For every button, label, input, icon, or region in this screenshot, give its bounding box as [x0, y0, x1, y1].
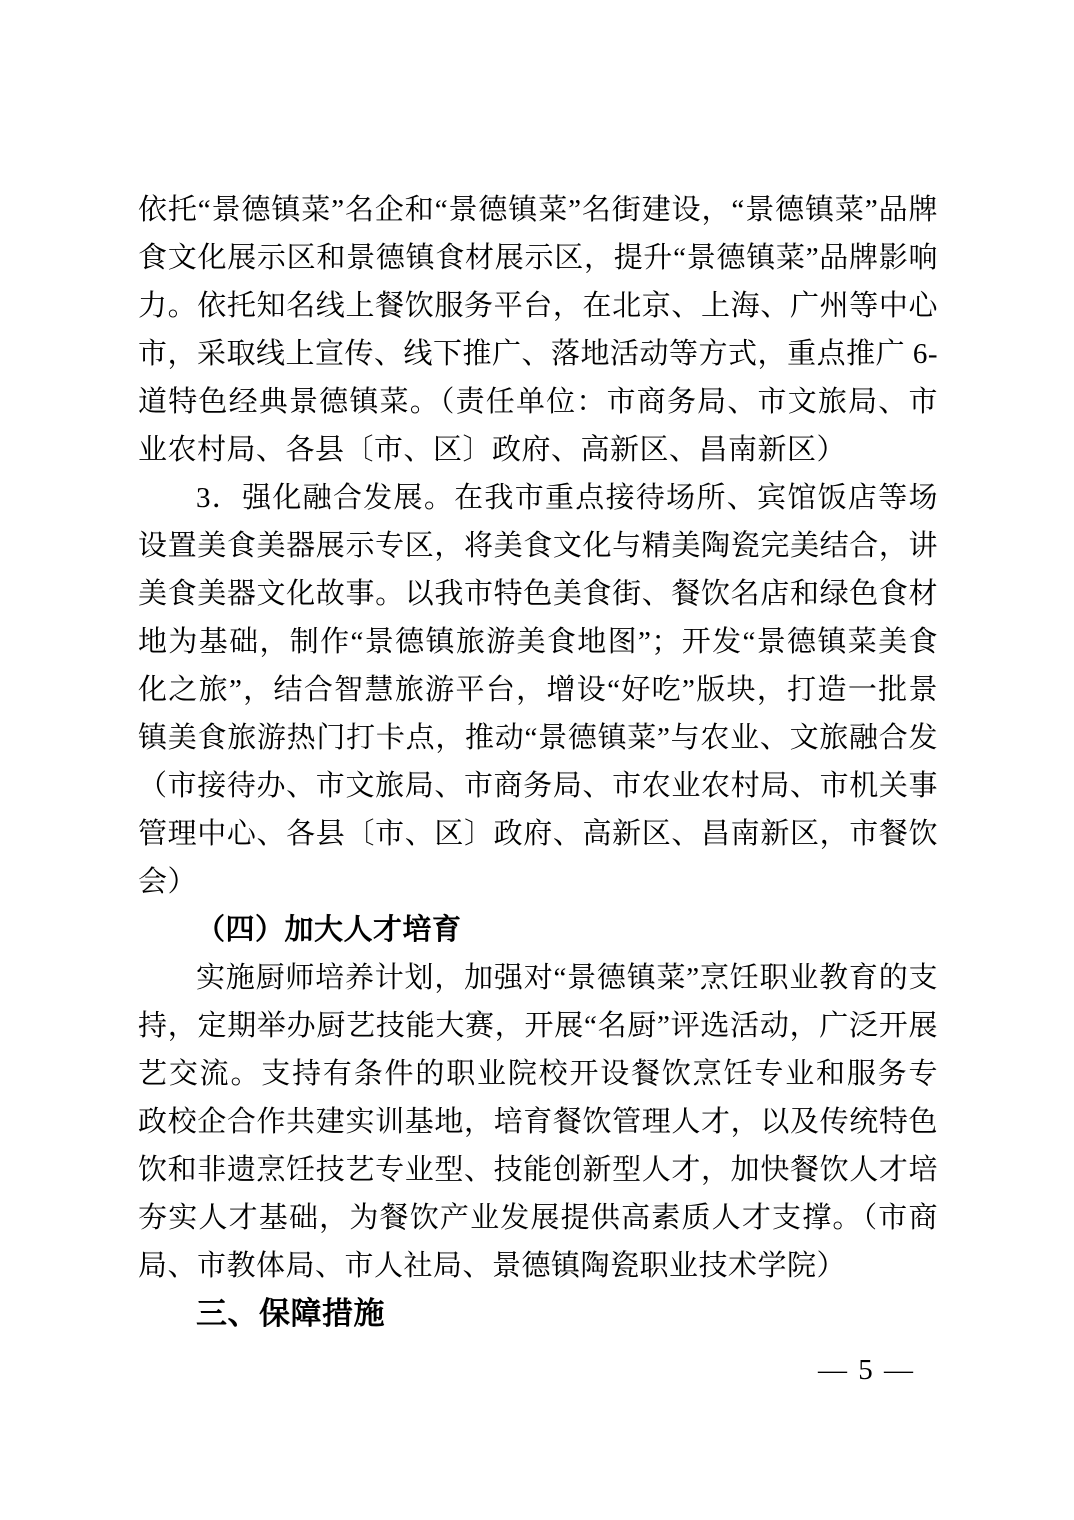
body-line: 政校企合作共建实训基地，培育餐饮管理人才，以及传统特色餐: [138, 1098, 938, 1146]
body-line: 管理中心、各县〔市、区〕政府、高新区、昌南新区，市餐饮协: [138, 810, 938, 858]
body-line: 持，定期举办厨艺技能大赛，开展“名厨”评选活动，广泛开展技: [138, 1002, 938, 1050]
body-line: 3．强化融合发展。在我市重点接待场所、宾馆饭店等场所: [138, 474, 938, 522]
body-line: 道特色经典景德镇菜。（责任单位：市商务局、市文旅局、市农: [138, 378, 938, 426]
body-line: 镇美食旅游热门打卡点，推动“景德镇菜”与农业、文旅融合发展。: [138, 714, 938, 762]
document-page: 依托“景德镇菜”名企和“景德镇菜”名街建设，“景德镇菜”品牌饮 食文化展示区和景…: [0, 0, 1074, 1520]
body-line: 食文化展示区和景德镇食材展示区，提升“景德镇菜”品牌影响: [138, 234, 938, 282]
page-number: — 5 —: [818, 1350, 915, 1390]
body-line: 化之旅”，结合智慧旅游平台，增设“好吃”版块，打造一批景德: [138, 666, 938, 714]
body-line: 力。依托知名线上餐饮服务平台，在北京、上海、广州等中心城: [138, 282, 938, 330]
body-line: 美食美器文化故事。以我市特色美食街、餐饮名店和绿色食材基: [138, 570, 938, 618]
subsection-heading: （四）加大人才培育: [138, 906, 938, 954]
body-line: 依托“景德镇菜”名企和“景德镇菜”名街建设，“景德镇菜”品牌饮: [138, 186, 938, 234]
body-line: 地为基础，制作“景德镇旅游美食地图”；开发“景德镇菜美食文: [138, 618, 938, 666]
body-line: 设置美食美器展示专区，将美食文化与精美陶瓷完美结合，讲述: [138, 522, 938, 570]
body-line: 会）: [138, 858, 938, 906]
page-body: 依托“景德镇菜”名企和“景德镇菜”名街建设，“景德镇菜”品牌饮 食文化展示区和景…: [138, 186, 938, 1338]
body-line: 夯实人才基础，为餐饮产业发展提供高素质人才支撑。（市商务: [138, 1194, 938, 1242]
body-line: 饮和非遗烹饪技艺专业型、技能创新型人才，加快餐饮人才培养，: [138, 1146, 938, 1194]
body-line: 局、市教体局、市人社局、景德镇陶瓷职业技术学院）: [138, 1242, 938, 1290]
body-line: 艺交流。支持有条件的职业院校开设餐饮烹饪专业和服务专业，: [138, 1050, 938, 1098]
body-line: 市，采取线上宣传、线下推广、落地活动等方式，重点推广 6-10: [138, 330, 938, 378]
body-line: （市接待办、市文旅局、市商务局、市农业农村局、市机关事务: [138, 762, 938, 810]
section-heading: 三、保障措施: [138, 1290, 938, 1338]
body-line: 实施厨师培养计划，加强对“景德镇菜”烹饪职业教育的支: [138, 954, 938, 1002]
body-line: 业农村局、各县〔市、区〕政府、高新区、昌南新区）: [138, 426, 938, 474]
